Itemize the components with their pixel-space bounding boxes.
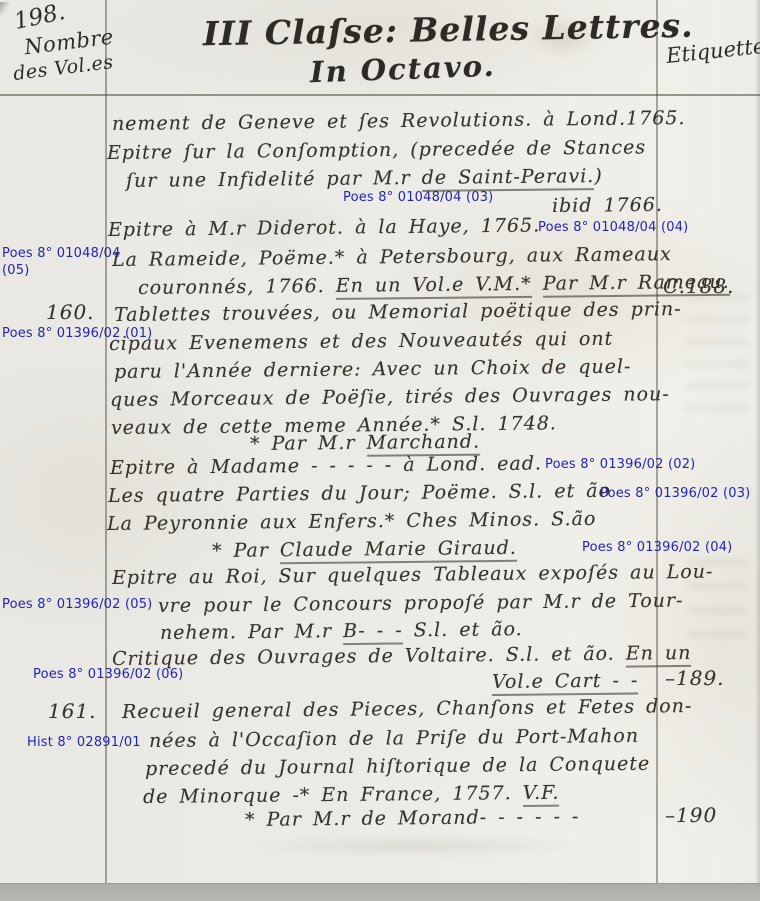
manuscript-text: de Minorque -* En France, 1757. xyxy=(143,782,523,808)
manuscript-text-underlined: Claude Marie Giraud. xyxy=(280,537,517,564)
manuscript-line: Recueil general des Pieces, Chanſons et … xyxy=(122,694,693,724)
manuscript-text: Recueil general des Pieces, Chanſons et … xyxy=(122,695,693,723)
manuscript-text: nées à l'Occaſion de la Priſe du Port-Ma… xyxy=(149,725,639,752)
call-number-annotation: Poes 8° 01396/02 (05) xyxy=(2,597,152,612)
manuscript-line: La Peyronnie aux Enfers.* Ches Minos. S.… xyxy=(107,507,597,536)
manuscript-line: precedé du Journal hiſtorique de la Conq… xyxy=(145,752,650,781)
manuscript-text: vre pour le Concours propoſé par M.r de … xyxy=(158,589,684,617)
manuscript-text-underlined: En un Vol.e V.M.* xyxy=(336,273,532,300)
etiquette-column-line xyxy=(656,0,658,883)
manuscript-line: Epitre ſur la Conſomption, (precedée de … xyxy=(107,135,646,165)
manuscript-text-underlined: En un xyxy=(626,642,692,668)
header-rule xyxy=(0,94,760,96)
folio-number: 198. xyxy=(12,0,68,35)
manuscript-text xyxy=(532,273,543,295)
manuscript-line: nées à l'Occaſion de la Priſe du Port-Ma… xyxy=(149,724,639,753)
scan-corner-mark xyxy=(0,2,9,18)
manuscript-line: Epitre à M.r Diderot. à la Haye, 1765. xyxy=(108,213,540,242)
manuscript-text: ſur une Infidelité par M.r xyxy=(126,167,422,192)
entry-number: 160. xyxy=(46,300,95,324)
manuscript-text: Les quatre Parties du Jour; Poëme. S.l. … xyxy=(108,480,611,507)
manuscript-text: ) xyxy=(594,165,603,187)
manuscript-line: nehem. Par M.r B- - - S.l. et ão. xyxy=(160,617,523,645)
manuscript-line: ſur une Infidelité par M.r de Saint-Pera… xyxy=(126,164,603,193)
etiquette-value: –189. xyxy=(665,666,725,690)
manuscript-line: Epitre à Madame - - - - - à Lond. ead. xyxy=(110,451,542,480)
manuscript-text: La Rameide, Poëme.* à Petersbourg, aux R… xyxy=(112,243,672,271)
manuscript-text: * Par M.r xyxy=(250,432,367,455)
call-number-annotation: Poes 8° 01048/04 (03) xyxy=(343,190,493,205)
manuscript-text: * Par xyxy=(212,539,280,562)
call-number-annotation: Poes 8° 01396/02 (01) xyxy=(2,326,152,341)
manuscript-page: 198. Nombre des Vol.es III Claſse: Belle… xyxy=(0,0,760,901)
manuscript-line: Vol.e Cart - - xyxy=(492,668,639,694)
manuscript-text: La Peyronnie aux Enfers.* Ches Minos. S.… xyxy=(107,508,597,535)
manuscript-line: La Rameide, Poëme.* à Petersbourg, aux R… xyxy=(112,242,672,272)
manuscript-text-underlined: V.F. xyxy=(523,782,560,807)
manuscript-text: ibid 1766. xyxy=(552,194,663,217)
format-title: In Octavo. xyxy=(309,49,496,89)
bleed-through-mark xyxy=(686,295,748,425)
class-title: III Claſse: Belles Lettres. xyxy=(203,6,694,54)
manuscript-line: * Par Claude Marie Giraud. xyxy=(212,536,517,563)
manuscript-text-underlined: Par M.r Rameau. xyxy=(543,271,730,298)
manuscript-line: nement de Geneve et ſes Revolutions. à L… xyxy=(112,106,686,136)
manuscript-text: * Par M.r de Morand- - - - - - xyxy=(245,805,580,831)
manuscript-text: Epitre ſur la Conſomption, (precedée de … xyxy=(107,136,646,164)
call-number-annotation: Poes 8° 01396/02 (02) xyxy=(545,457,695,472)
manuscript-text: ques Morceaux de Poëſie, tirés des Ouvra… xyxy=(110,383,670,411)
scan-edge-right xyxy=(755,0,760,883)
manuscript-line: Epitre au Roi, Sur quelques Tableaux exp… xyxy=(112,560,714,590)
call-number-annotation: Poes 8° 01396/02 (06) xyxy=(33,667,183,682)
manuscript-line: paru l'Année derniere: Avec un Choix de … xyxy=(114,355,632,384)
manuscript-text: Tablettes trouvées, ou Memorial poëtique… xyxy=(114,298,682,326)
bleed-through-mark xyxy=(250,836,580,856)
manuscript-text: Epitre au Roi, Sur quelques Tableaux exp… xyxy=(112,561,714,589)
manuscript-text: S.l. et ão. xyxy=(403,618,523,641)
call-number-annotation: (05) xyxy=(2,263,30,278)
volume-column-line xyxy=(105,0,107,883)
manuscript-text: couronnés, 1766. xyxy=(138,275,336,299)
manuscript-text: Epitre à Madame - - - - - à Lond. ead. xyxy=(110,452,542,479)
manuscript-text: precedé du Journal hiſtorique de la Conq… xyxy=(145,753,650,780)
manuscript-line: cipaux Evenemens et des Nouveautés qui o… xyxy=(109,327,614,356)
manuscript-text-underlined: Vol.e Cart - - xyxy=(492,669,639,696)
manuscript-text-underlined: B- - - xyxy=(343,619,403,645)
manuscript-text-underlined: de Saint-Peravi. xyxy=(422,165,595,192)
call-number-annotation: Hist 8° 02891/01 xyxy=(27,735,141,750)
manuscript-text: Critique des Ouvrages de Voltaire. S.l. … xyxy=(112,643,626,670)
call-number-annotation: Poes 8° 01048/04 xyxy=(2,246,121,261)
manuscript-text: nement de Geneve et ſes Revolutions. à L… xyxy=(112,107,686,135)
manuscript-line: Critique des Ouvrages de Voltaire. S.l. … xyxy=(112,641,692,671)
manuscript-line: * Par M.r de Morand- - - - - - xyxy=(245,804,580,832)
manuscript-line: Les quatre Parties du Jour; Poëme. S.l. … xyxy=(108,479,611,508)
manuscript-text: nehem. Par M.r xyxy=(160,620,343,644)
manuscript-line: ibid 1766. xyxy=(552,193,663,218)
call-number-annotation: Poes 8° 01396/02 (04) xyxy=(582,540,732,555)
manuscript-line: vre pour le Concours propoſé par M.r de … xyxy=(158,588,684,618)
entry-number: 161. xyxy=(48,699,97,723)
call-number-annotation: Poes 8° 01048/04 (04) xyxy=(538,220,688,235)
call-number-annotation: Poes 8° 01396/02 (03) xyxy=(600,486,750,501)
etiquette-value: –190 xyxy=(665,803,717,827)
manuscript-line: Tablettes trouvées, ou Memorial poëtique… xyxy=(114,297,682,327)
manuscript-line: couronnés, 1766. En un Vol.e V.M.* Par M… xyxy=(138,270,730,300)
manuscript-line: ques Morceaux de Poëſie, tirés des Ouvra… xyxy=(110,382,670,412)
manuscript-text: Epitre à M.r Diderot. à la Haye, 1765. xyxy=(108,214,540,241)
manuscript-text: cipaux Evenemens et des Nouveautés qui o… xyxy=(109,328,613,355)
scan-edge-bottom xyxy=(0,883,760,901)
manuscript-text: paru l'Année derniere: Avec un Choix de … xyxy=(114,356,632,383)
